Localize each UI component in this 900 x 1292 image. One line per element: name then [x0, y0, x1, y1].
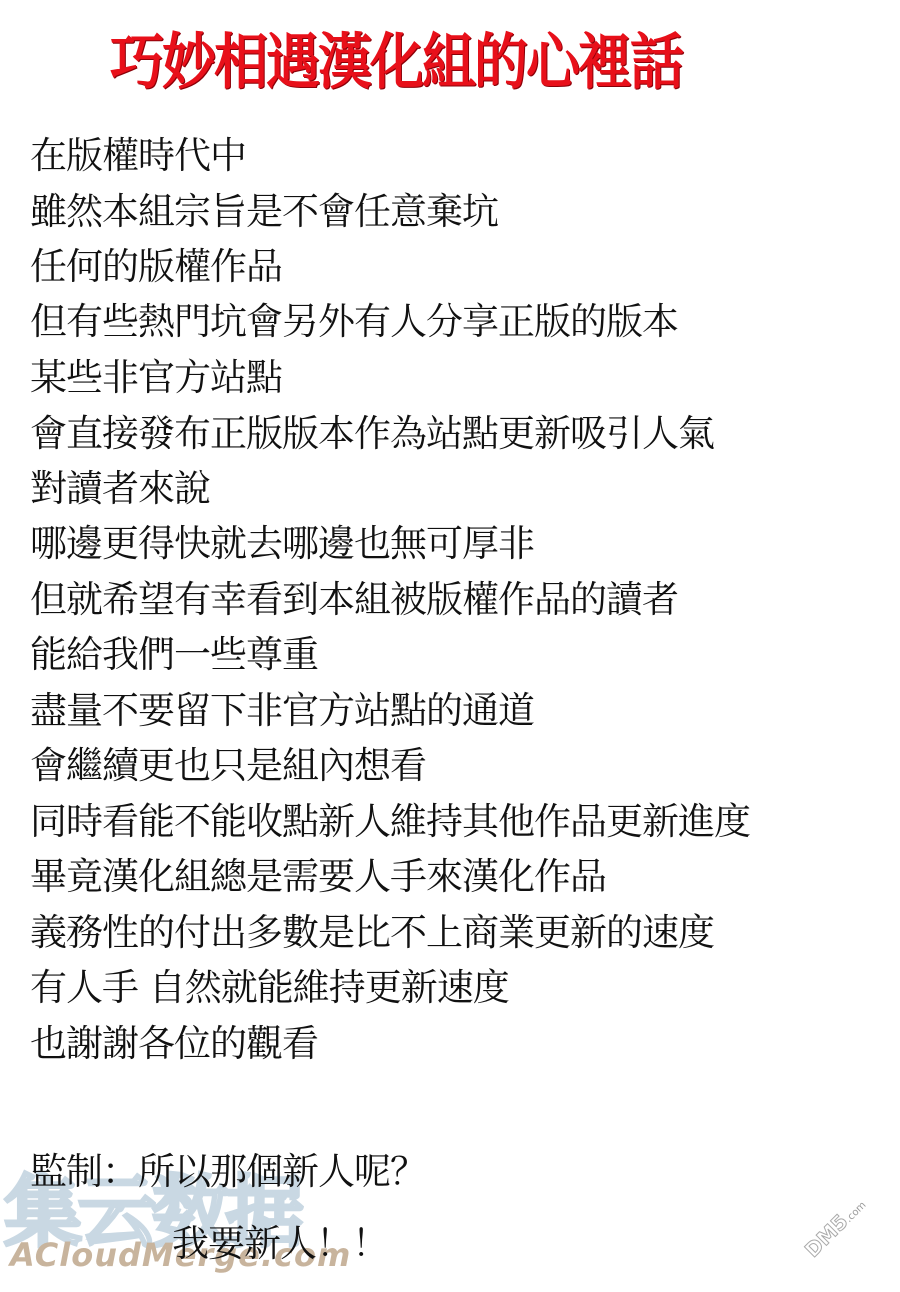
text-line: 盡量不要留下非官方站點的通道 — [30, 689, 534, 733]
text-line: 但就希望有幸看到本組被版權作品的讀者 — [30, 578, 678, 622]
text-line: 同時看能不能收點新人維持其他作品更新進度 — [30, 800, 750, 844]
text-line: 雖然本組宗旨是不會任意棄坑 — [30, 190, 498, 234]
watermark-dm5-suffix: .com — [843, 1200, 868, 1225]
text-line: 會繼續更也只是組內想看 — [30, 744, 426, 788]
text-line: 義務性的付出多數是比不上商業更新的速度 — [30, 911, 714, 955]
text-line: 畢竟漢化組總是需要人手來漢化作品 — [30, 855, 606, 899]
text-line: 任何的版權作品 — [30, 245, 282, 289]
text-line: 但有些熱門坑會另外有人分享正版的版本 — [30, 300, 678, 344]
footer-line-request: 我要新人！！ — [172, 1222, 388, 1266]
footer-line-supervisor: 監制：所以那個新人呢？ — [30, 1150, 426, 1194]
text-line: 能給我們一些尊重 — [30, 633, 318, 677]
text-line: 某些非官方站點 — [30, 356, 282, 400]
page-title: 巧妙相遇漢化組的心裡話 — [110, 22, 790, 100]
text-line: 對讀者來說 — [30, 467, 210, 511]
text-line: 也謝謝各位的觀看 — [30, 1022, 318, 1066]
text-line: 在版權時代中 — [30, 134, 246, 178]
text-line: 哪邊更得快就去哪邊也無可厚非 — [30, 522, 534, 566]
text-line: 有人手 自然就能維持更新速度 — [30, 966, 509, 1010]
watermark-dm5: DM5.com — [800, 1192, 870, 1262]
text-line: 會直接發布正版版本作為站點更新吸引人氣 — [30, 412, 714, 456]
